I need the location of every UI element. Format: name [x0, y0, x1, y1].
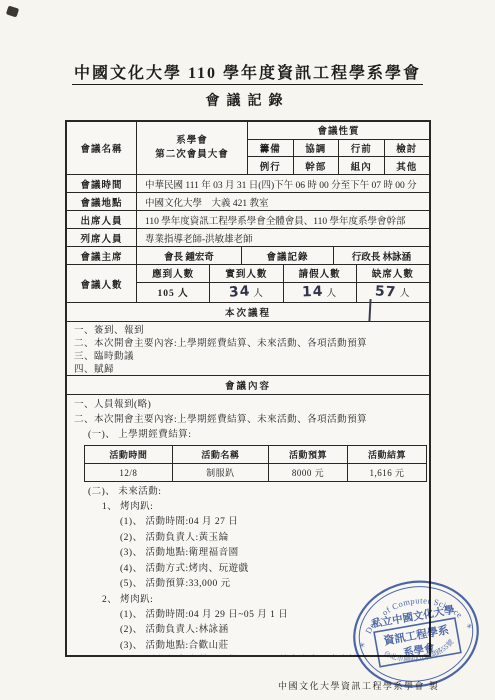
- budget-header: 活動名稱: [172, 446, 268, 464]
- count-expected: 105 人: [137, 283, 210, 302]
- budget-header-row: 活動時間 活動名稱 活動預算 活動結算: [85, 446, 427, 464]
- page-title: 中國文化大學 110 學年度資訊工程學系學會: [0, 60, 495, 83]
- chair-label: 會議主席: [67, 247, 137, 264]
- meeting-name-line1: 系學會: [176, 134, 208, 148]
- handwritten-57: 57: [375, 284, 397, 301]
- attendees-label: 出席人員: [67, 211, 137, 228]
- count-header: 請假人數: [284, 265, 357, 282]
- recorder-label: 會議記錄: [242, 247, 334, 264]
- chair-value: 會長 鍾宏奇: [137, 247, 242, 264]
- nature-option: 組內: [339, 157, 385, 174]
- meeting-place-value: 中國文化大學 大義 421 教室: [137, 193, 429, 210]
- content-line: 二、本次開會主要內容:上學期經費結算、未來活動、各項活動預算: [74, 413, 427, 428]
- meeting-nature-block: 會議性質 籌備 協調 行前 檢討 例行 幹部 組內 其他: [248, 122, 429, 174]
- budget-table: 活動時間 活動名稱 活動預算 活動結算 12/8 制服趴 8000 元 1,61…: [84, 445, 427, 482]
- meeting-time-row: 會議時間 中華民國 111 年 03 月 31 日(四)下午 06 時 00 分…: [67, 174, 429, 192]
- nature-option: 籌備: [248, 140, 294, 157]
- stamp-ornament-left-icon: ✳: [359, 641, 366, 650]
- agenda-item: 二、本次開會主要內容:上學期經費結算、未來活動、各項活動預算: [74, 338, 425, 351]
- counts-headers: 應到人數 實到人數 請假人數 缺席人數: [137, 265, 429, 282]
- count-leave: 14人: [284, 283, 357, 302]
- chair-row: 會議主席 會長 鍾宏奇 會議記錄 行政長 林詠涵: [67, 246, 429, 264]
- handwritten-34: 34: [228, 284, 251, 301]
- page-subtitle: 會議記錄: [0, 90, 495, 110]
- budget-cell: 制服趴: [172, 464, 268, 482]
- attendees-value: 110 學年度資訊工程學系學會全體會員、110 學年度系學會幹部: [137, 211, 429, 228]
- nature-options-row2: 例行 幹部 組內 其他: [248, 156, 429, 174]
- activity-line: (4)、 活動方式:烤肉、玩遊戲: [120, 562, 427, 578]
- budget-header: 活動結算: [348, 446, 427, 464]
- sub1-title: (一)、 上學期經費結算:: [88, 428, 427, 443]
- budget-cell: 12/8: [85, 464, 173, 482]
- sub2-title: (二)、 未來活動:: [88, 485, 427, 500]
- count-header: 實到人數: [210, 265, 283, 282]
- recorder-value: 行政長 林詠涵: [334, 247, 429, 264]
- agenda-item: 一、簽到、報到: [74, 325, 425, 338]
- counts-values: 105 人 34人 14人 57人: [137, 282, 429, 302]
- document-footer: 中國文化大學資訊工程學系學會 製: [278, 679, 439, 692]
- meeting-place-label: 會議地點: [67, 193, 137, 210]
- count-header: 缺席人數: [357, 265, 429, 282]
- activity-line: (1)、 活動時間:04 月 27 日: [120, 515, 427, 531]
- agenda-item: 三、臨時動議: [74, 351, 425, 364]
- activity-line: (2)、 活動負責人:黃玉綸: [120, 531, 427, 547]
- nature-option: 例行: [248, 157, 294, 174]
- meeting-name-label: 會議名稱: [67, 122, 137, 174]
- handwritten-14: 14: [302, 284, 324, 301]
- attendees-row: 出席人員 110 學年度資訊工程學系學會全體會員、110 學年度系學會幹部: [67, 210, 429, 228]
- agenda-header: 本次議程: [67, 302, 429, 321]
- observers-label: 列席人員: [67, 229, 137, 246]
- nature-option: 協調: [294, 140, 340, 157]
- meeting-name-value: 系學會 第二次會員大會: [137, 122, 248, 174]
- count-actual: 34人: [210, 283, 283, 302]
- meeting-record-table: 會議名稱 系學會 第二次會員大會 會議性質 籌備 協調 行前 檢討 例行 幹部 …: [65, 120, 431, 657]
- activity-line: (3)、 活動地點:衛理福音園: [120, 546, 427, 562]
- content-line: 一、人員報到(略): [74, 398, 427, 413]
- meeting-name-row: 會議名稱 系學會 第二次會員大會 會議性質 籌備 協調 行前 檢討 例行 幹部 …: [67, 122, 429, 174]
- meeting-time-label: 會議時間: [67, 175, 137, 192]
- budget-header: 活動時間: [85, 446, 173, 464]
- agenda-list: 一、簽到、報到 二、本次開會主要內容:上學期經費結算、未來活動、各項活動預算 三…: [67, 321, 429, 375]
- counts-row: 會議人數 應到人數 實到人數 請假人數 缺席人數 105 人 34人 14人 5…: [67, 264, 429, 302]
- budget-cell: 8000 元: [269, 464, 348, 482]
- content-header: 會議內容: [67, 375, 429, 394]
- nature-option: 幹部: [294, 157, 340, 174]
- nature-options-row1: 籌備 協調 行前 檢討: [248, 139, 429, 157]
- count-absent: 57人: [357, 283, 429, 302]
- budget-data-row: 12/8 制服趴 8000 元 1,616 元: [85, 464, 427, 482]
- meeting-name-line2: 第二次會員大會: [155, 148, 229, 162]
- scanned-meeting-minutes: { "page": { "title": "中國文化大學 110 學年度資訊工程…: [0, 0, 495, 700]
- scan-artifact: [6, 6, 19, 18]
- nature-option: 檢討: [385, 140, 430, 157]
- nature-option: 行前: [339, 140, 385, 157]
- observers-value: 專業指導老師-洪敏雄老師: [137, 229, 429, 246]
- budget-cell: 1,616 元: [348, 464, 427, 482]
- count-header: 應到人數: [137, 265, 210, 282]
- meeting-place-row: 會議地點 中國文化大學 大義 421 教室: [67, 192, 429, 210]
- budget-header: 活動預算: [269, 446, 348, 464]
- meeting-time-value: 中華民國 111 年 03 月 31 日(四)下午 06 時 00 分至下午 0…: [137, 175, 429, 192]
- meeting-nature-label: 會議性質: [248, 122, 429, 139]
- activity-title: 1、 烤肉趴:: [102, 500, 427, 515]
- counts-label: 會議人數: [67, 265, 137, 302]
- observers-row: 列席人員 專業指導老師-洪敏雄老師: [67, 228, 429, 246]
- nature-option: 其他: [385, 157, 430, 174]
